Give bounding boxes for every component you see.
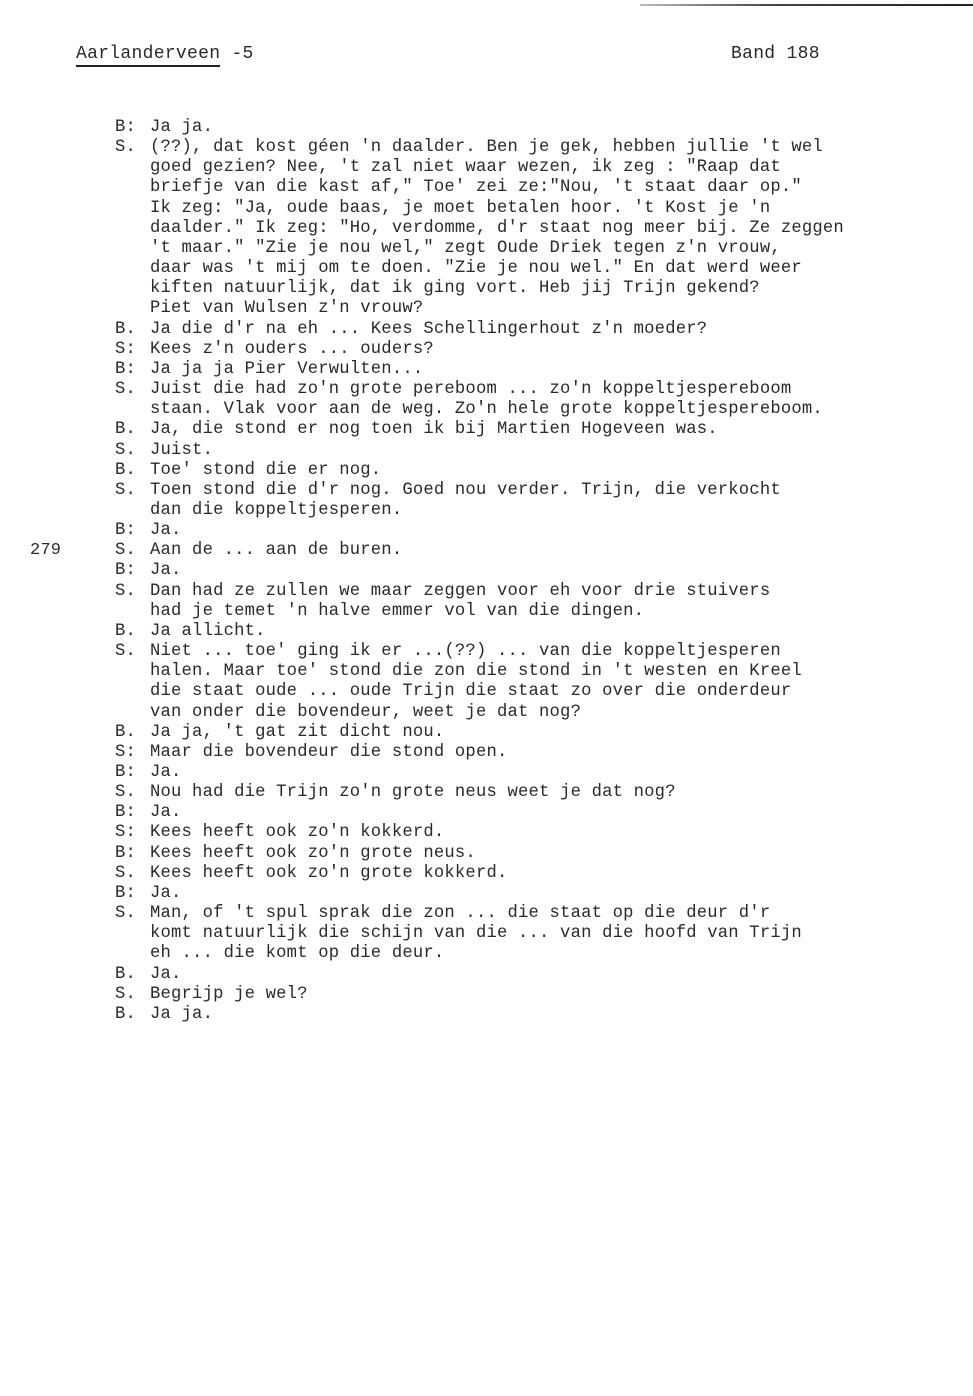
- utterance-line: Ja.: [150, 561, 973, 581]
- transcript-turn: S.Dan had ze zullen we maar zeggen voor …: [0, 582, 973, 622]
- transcript-turn: B.Ja ja.: [0, 1005, 973, 1025]
- speaker-label: S.: [115, 904, 145, 924]
- speaker-label: S.: [115, 481, 145, 501]
- speaker-label: B:: [115, 763, 145, 783]
- utterance-line: Ja.: [150, 965, 973, 985]
- utterance-line: (??), dat kost géen 'n daalder. Ben je g…: [150, 138, 973, 158]
- utterance-line: Ja allicht.: [150, 622, 973, 642]
- transcript-turn: S:Maar die bovendeur die stond open.: [0, 743, 973, 763]
- utterance-line: goed gezien? Nee, 't zal niet waar wezen…: [150, 158, 973, 178]
- utterance-line: Toe' stond die er nog.: [150, 461, 973, 481]
- speaker-label: B.: [115, 420, 145, 440]
- utterance-line: Kees heeft ook zo'n grote kokkerd.: [150, 864, 973, 884]
- transcript-turn: S.Begrijp je wel?: [0, 985, 973, 1005]
- speaker-label: B:: [115, 521, 145, 541]
- transcript-turn: B:Ja.: [0, 561, 973, 581]
- band-label: Band 188: [731, 44, 820, 64]
- transcript-turn: B.Ja ja, 't gat zit dicht nou.: [0, 723, 973, 743]
- speaker-label: S.: [115, 441, 145, 461]
- transcript-turn: S.Niet ... toe' ging ik er ...(??) ... v…: [0, 642, 973, 723]
- utterance-line: 't maar." "Zie je nou wel," zegt Oude Dr…: [150, 239, 973, 259]
- scan-edge-line: [640, 4, 973, 6]
- transcript-turn: S.Juist die had zo'n grote pereboom ... …: [0, 380, 973, 420]
- utterance-line: Man, of 't spul sprak die zon ... die st…: [150, 904, 973, 924]
- speaker-label: S.: [115, 138, 145, 158]
- utterance-line: Ja, die stond er nog toen ik bij Martien…: [150, 420, 973, 440]
- speaker-label: S.: [115, 642, 145, 662]
- transcript-turn: S.Man, of 't spul sprak die zon ... die …: [0, 904, 973, 964]
- speaker-label: B:: [115, 118, 145, 138]
- utterance-line: Kees z'n ouders ... ouders?: [150, 340, 973, 360]
- speaker-label: B:: [115, 360, 145, 380]
- transcript-turn: B.Ja.: [0, 965, 973, 985]
- utterance-line: Ja ja.: [150, 118, 973, 138]
- utterance-line: kiften natuurlijk, dat ik ging vort. Heb…: [150, 279, 973, 299]
- speaker-label: B.: [115, 461, 145, 481]
- utterance-line: Ja.: [150, 763, 973, 783]
- speaker-label: S.: [115, 380, 145, 400]
- utterance-line: staan. Vlak voor aan de weg. Zo'n hele g…: [150, 400, 973, 420]
- transcript-turn: 279S.Aan de ... aan de buren.: [0, 541, 973, 561]
- speaker-label: B.: [115, 965, 145, 985]
- transcript-turn: B.Ja, die stond er nog toen ik bij Marti…: [0, 420, 973, 440]
- speaker-label: S.: [115, 864, 145, 884]
- utterance-line: briefje van die kast af," Toe' zei ze:"N…: [150, 178, 973, 198]
- utterance-line: halen. Maar toe' stond die zon die stond…: [150, 662, 973, 682]
- transcript-turn: B.Ja allicht.: [0, 622, 973, 642]
- speaker-label: S:: [115, 823, 145, 843]
- transcript-turn: B:Ja.: [0, 521, 973, 541]
- transcript-turn: S:Kees heeft ook zo'n kokkerd.: [0, 823, 973, 843]
- transcript-turn: B:Kees heeft ook zo'n grote neus.: [0, 844, 973, 864]
- utterance-line: van onder die bovendeur, weet je dat nog…: [150, 703, 973, 723]
- speaker-label: S:: [115, 743, 145, 763]
- transcript-turn: B:Ja ja ja Pier Verwulten...: [0, 360, 973, 380]
- transcript-turn: S:Kees z'n ouders ... ouders?: [0, 340, 973, 360]
- utterance-line: had je temet 'n halve emmer vol van die …: [150, 602, 973, 622]
- utterance-line: komt natuurlijk die schijn van die ... v…: [150, 924, 973, 944]
- margin-counter: 279: [30, 541, 61, 561]
- utterance-line: Piet van Wulsen z'n vrouw?: [150, 299, 973, 319]
- transcript-turn: S.Kees heeft ook zo'n grote kokkerd.: [0, 864, 973, 884]
- speaker-label: B.: [115, 1005, 145, 1025]
- utterance-line: Aan de ... aan de buren.: [150, 541, 973, 561]
- speaker-label: B.: [115, 320, 145, 340]
- utterance-line: Ja ja, 't gat zit dicht nou.: [150, 723, 973, 743]
- utterance-line: Niet ... toe' ging ik er ...(??) ... van…: [150, 642, 973, 662]
- speaker-label: B:: [115, 884, 145, 904]
- utterance-line: die staat oude ... oude Trijn die staat …: [150, 682, 973, 702]
- speaker-label: S.: [115, 582, 145, 602]
- utterance-line: daar was 't mij om te doen. "Zie je nou …: [150, 259, 973, 279]
- speaker-label: S.: [115, 783, 145, 803]
- utterance-line: dan die koppeltjesperen.: [150, 501, 973, 521]
- speaker-label: S:: [115, 340, 145, 360]
- speaker-label: B:: [115, 803, 145, 823]
- utterance-line: eh ... die komt op die deur.: [150, 944, 973, 964]
- utterance-line: Ja.: [150, 884, 973, 904]
- transcript-turn: B:Ja.: [0, 884, 973, 904]
- transcript-turn: B:Ja.: [0, 763, 973, 783]
- utterance-line: Nou had die Trijn zo'n grote neus weet j…: [150, 783, 973, 803]
- place-name: Aarlanderveen: [76, 44, 220, 67]
- transcript-turn: S.Juist.: [0, 441, 973, 461]
- transcript-turn: S.Toen stond die d'r nog. Goed nou verde…: [0, 481, 973, 521]
- page-header-left: Aarlanderveen -5: [76, 44, 254, 64]
- utterance-line: Ja.: [150, 803, 973, 823]
- utterance-line: Ja ja.: [150, 1005, 973, 1025]
- utterance-line: daalder." Ik zeg: "Ho, verdomme, d'r sta…: [150, 219, 973, 239]
- speaker-label: S.: [115, 985, 145, 1005]
- utterance-line: Begrijp je wel?: [150, 985, 973, 1005]
- speaker-label: B:: [115, 561, 145, 581]
- speaker-label: S.: [115, 541, 145, 561]
- utterance-line: Ja ja ja Pier Verwulten...: [150, 360, 973, 380]
- utterance-line: Kees heeft ook zo'n kokkerd.: [150, 823, 973, 843]
- transcript-turn: B:Ja.: [0, 803, 973, 823]
- utterance-line: Ik zeg: "Ja, oude baas, je moet betalen …: [150, 199, 973, 219]
- transcript-turn: S.(??), dat kost géen 'n daalder. Ben je…: [0, 138, 973, 319]
- transcript-turn: B.Toe' stond die er nog.: [0, 461, 973, 481]
- utterance-line: Juist die had zo'n grote pereboom ... zo…: [150, 380, 973, 400]
- utterance-line: Ja.: [150, 521, 973, 541]
- transcript-turn: B.Ja die d'r na eh ... Kees Schellingerh…: [0, 320, 973, 340]
- speaker-label: B:: [115, 844, 145, 864]
- speaker-label: B.: [115, 723, 145, 743]
- utterance-line: Toen stond die d'r nog. Goed nou verder.…: [150, 481, 973, 501]
- page-number: -5: [231, 44, 253, 64]
- speaker-label: B.: [115, 622, 145, 642]
- transcript-turn: B:Ja ja.: [0, 118, 973, 138]
- utterance-line: Kees heeft ook zo'n grote neus.: [150, 844, 973, 864]
- utterance-line: Ja die d'r na eh ... Kees Schellingerhou…: [150, 320, 973, 340]
- utterance-line: Juist.: [150, 441, 973, 461]
- transcript-turn: S.Nou had die Trijn zo'n grote neus weet…: [0, 783, 973, 803]
- utterance-line: Dan had ze zullen we maar zeggen voor eh…: [150, 582, 973, 602]
- transcript: B:Ja ja.S.(??), dat kost géen 'n daalder…: [0, 118, 973, 1025]
- utterance-line: Maar die bovendeur die stond open.: [150, 743, 973, 763]
